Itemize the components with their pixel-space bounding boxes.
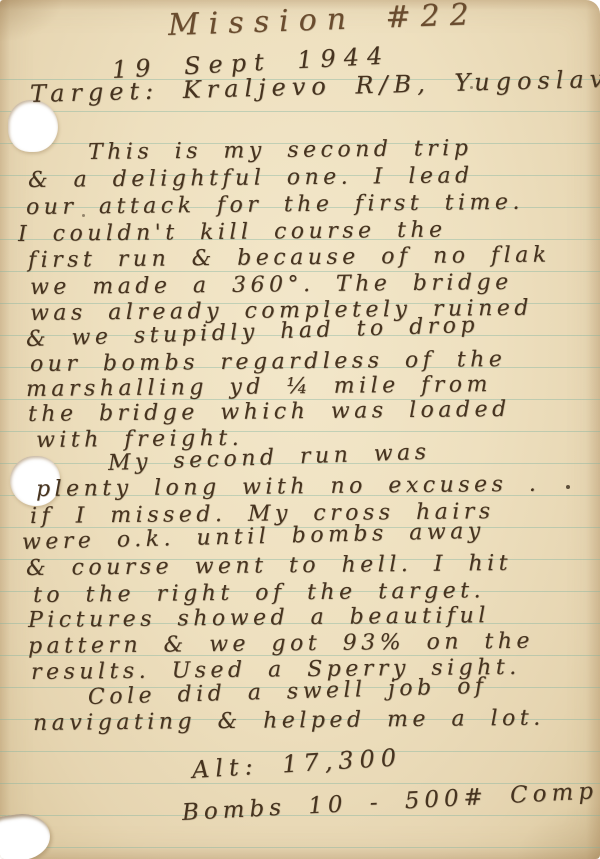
handwritten-line: I couldn't kill course the [18,218,447,247]
handwritten-line: & a delightful one. I lead [28,163,474,193]
ink-speck [566,485,570,489]
scanned-document: { "page": { "title": "Mission #22", "hea… [0,0,600,859]
handwritten-line: we made a 360°. The bridge [30,270,513,300]
handwritten-line: This is my second trip [88,136,473,165]
mission-title: Mission #22 [167,0,479,43]
notebook-page: Mission #22 19 Sept 1944 Target: Kraljev… [0,0,600,859]
handwritten-line: & course went to hell. I hit [26,551,512,581]
handwritten-line: navigating & helped me a lot. [33,706,545,736]
handwritten-line: Pictures showed a beautiful [28,603,490,633]
handwritten-line: plenty long with no excuses . [36,472,541,502]
handwritten-line: pattern & we got 93% on the [28,629,534,659]
handwritten-line: the bridge which was loaded [28,397,511,427]
handwritten-line: our attack for the first time. [26,190,524,220]
